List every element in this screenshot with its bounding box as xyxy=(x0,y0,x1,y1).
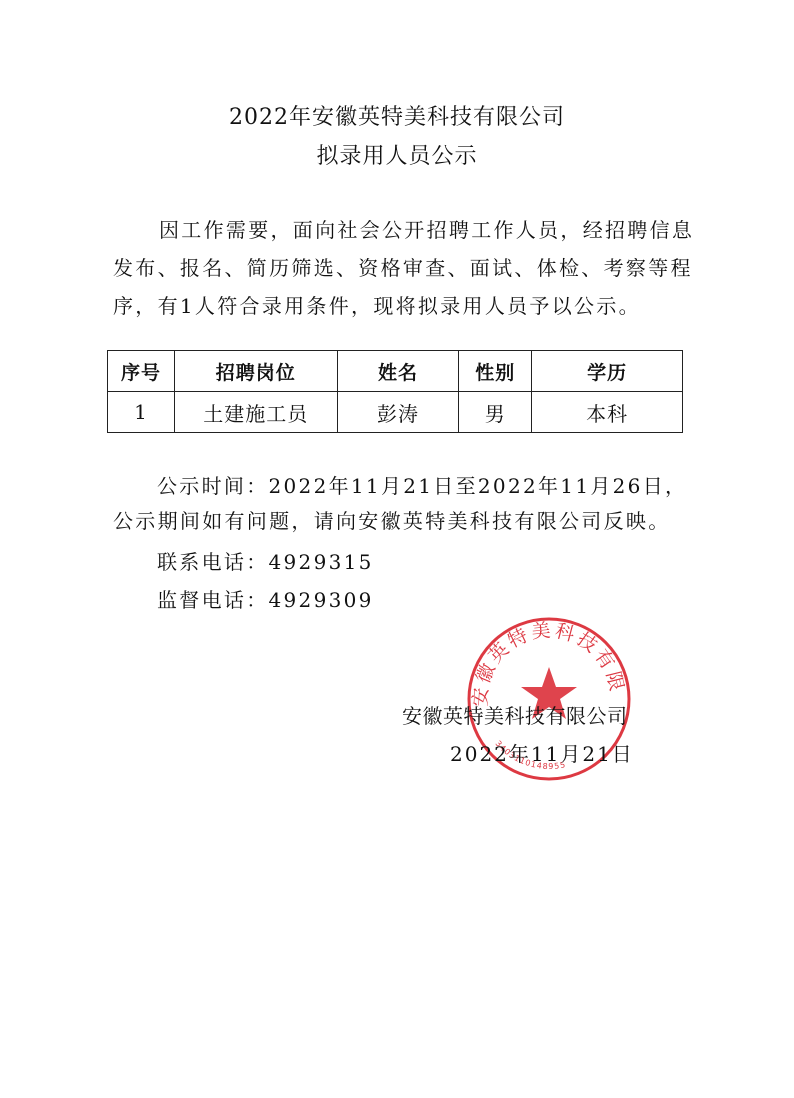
table-header-row: 序号 招聘岗位 姓名 性别 学历 xyxy=(108,351,683,392)
intro-line-3: 序，有1人符合录用条件，现将拟录用人员予以公示。 xyxy=(113,294,641,318)
cell-gender: 男 xyxy=(459,392,532,433)
header-gender: 性别 xyxy=(459,351,532,392)
seal-ring-text: 安徽英特美科技有限公司 xyxy=(465,615,628,707)
document-title: 2022年安徽英特美科技有限公司 xyxy=(0,100,794,131)
table-row: 1 土建施工员 彭涛 男 本科 xyxy=(108,392,683,433)
svg-text:安徽英特美科技有限公司: 安徽英特美科技有限公司 xyxy=(465,615,628,707)
notice-period-line-2: 公示期间如有问题，请向安徽英特美科技有限公司反映。 xyxy=(113,509,671,533)
header-education: 学历 xyxy=(532,351,683,392)
candidate-table: 序号 招聘岗位 姓名 性别 学历 1 土建施工员 彭涛 男 本科 xyxy=(107,350,683,433)
signature-company: 安徽英特美科技有限公司 xyxy=(402,700,628,729)
signature-date: 2022年11月21日 xyxy=(450,738,634,767)
cell-name: 彭涛 xyxy=(337,392,459,433)
document-page: 2022年安徽英特美科技有限公司 拟录用人员公示 因工作需要，面向社会公开招聘工… xyxy=(0,0,794,1098)
supervise-phone-label: 监督电话： xyxy=(157,588,269,612)
header-name: 姓名 xyxy=(337,351,459,392)
supervise-phone-line: 监督电话：4929309 xyxy=(157,588,374,612)
contact-phone-value: 4929315 xyxy=(269,550,374,574)
intro-line-2: 发布、报名、简历筛选、资格审查、面试、体检、考察等程 xyxy=(113,256,693,280)
supervise-phone-value: 4929309 xyxy=(269,588,374,612)
contact-phone-line: 联系电话：4929315 xyxy=(157,550,374,574)
header-index: 序号 xyxy=(108,351,175,392)
cell-position: 土建施工员 xyxy=(174,392,337,433)
contact-phone-label: 联系电话： xyxy=(157,550,269,574)
document-subtitle: 拟录用人员公示 xyxy=(0,139,794,170)
intro-line-1: 因工作需要，面向社会公开招聘工作人员，经招聘信息 xyxy=(159,218,694,242)
cell-education: 本科 xyxy=(532,392,683,433)
notice-period-line-1: 公示时间：2022年11月21日至2022年11月26日， xyxy=(157,474,687,498)
header-position: 招聘岗位 xyxy=(174,351,337,392)
cell-index: 1 xyxy=(108,392,175,433)
